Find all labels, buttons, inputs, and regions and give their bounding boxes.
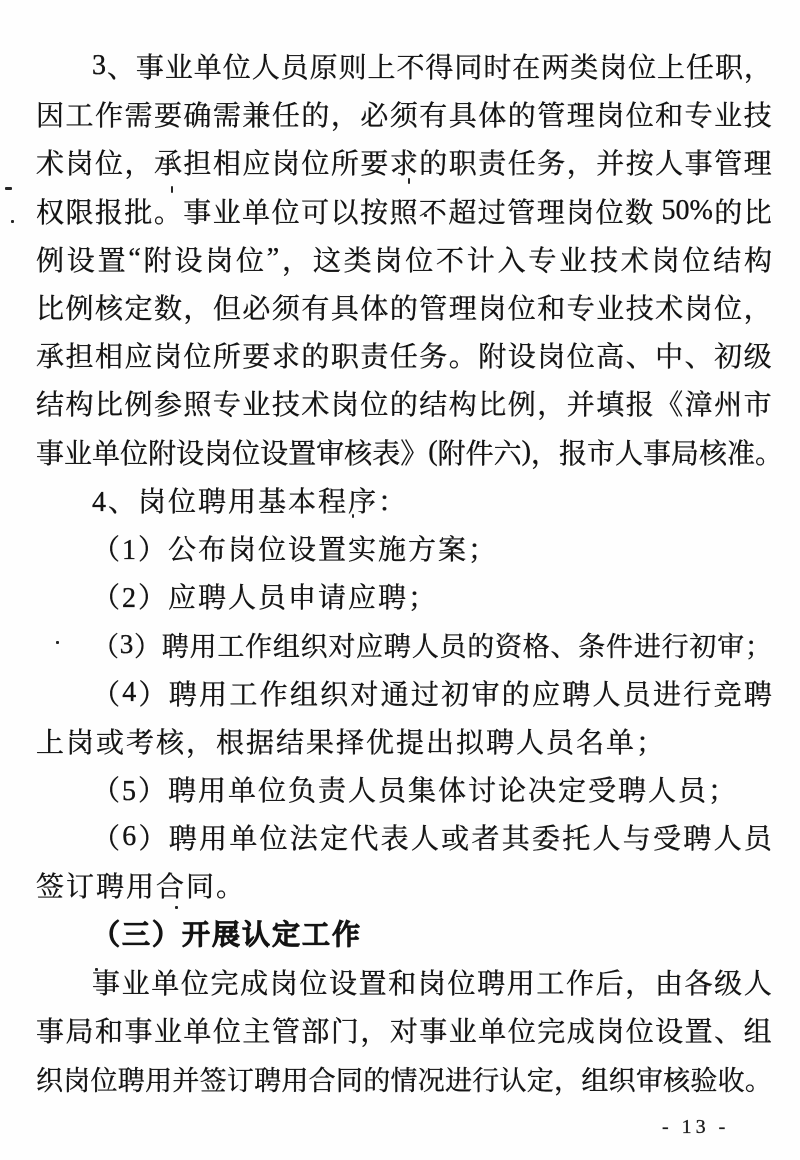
text-line: 比例核定数，但必须有具体的管理岗位和专业技术岗位，	[36, 283, 772, 331]
text-line: 权限报批。事业单位可以按照不超过管理岗位数 50%的比	[36, 187, 772, 235]
scanned-document-page: 3、事业单位人员原则上不得同时在两类岗位上任职，因工作需要确需兼任的，必须有具体…	[0, 0, 800, 1160]
text-line: （2）应聘人员申请应聘；	[36, 572, 772, 620]
scan-speck	[408, 178, 410, 184]
text-line: 承担相应岗位所要求的职责任务。附设岗位高、中、初级	[36, 331, 772, 379]
text-line: 4、岗位聘用基本程序：	[36, 476, 772, 524]
scan-speck	[424, 214, 427, 217]
scan-speck	[352, 514, 354, 518]
text-line: 事局和事业单位主管部门，对事业单位完成岗位设置、组	[36, 1006, 772, 1054]
text-line: （1）公布岗位设置实施方案；	[36, 524, 772, 572]
scan-speck	[11, 220, 14, 223]
scan-speck	[171, 186, 173, 193]
text-line: 例设置“附设岗位”，这类岗位不计入专业技术岗位结构	[36, 235, 772, 283]
text-line: （5）聘用单位负责人员集体讨论决定受聘人员；	[36, 765, 772, 813]
text-line: 因工作需要确需兼任的，必须有具体的管理岗位和专业技	[36, 90, 772, 138]
text-line: （4）聘用工作组织对通过初审的应聘人员进行竞聘	[36, 668, 772, 716]
text-line: 3、事业单位人员原则上不得同时在两类岗位上任职，	[36, 42, 772, 90]
scan-speck	[56, 641, 59, 644]
scan-speck	[5, 187, 12, 190]
text-line: （3）聘用工作组织对应聘人员的资格、条件进行初审；	[36, 620, 772, 668]
document-lines: 3、事业单位人员原则上不得同时在两类岗位上任职，因工作需要确需兼任的，必须有具体…	[36, 42, 772, 1102]
text-line: （三）开展认定工作	[36, 909, 772, 957]
text-line: 织岗位聘用并签订聘用合同的情况进行认定，组织审核验收。	[36, 1054, 772, 1102]
scan-speck	[95, 968, 98, 971]
text-line: 术岗位，承担相应岗位所要求的职责任务，并按人事管理	[36, 138, 772, 186]
text-line: 签订聘用合同。	[36, 861, 772, 909]
text-line: 上岗或考核，根据结果择优提出拟聘人员名单；	[36, 717, 772, 765]
text-line: 结构比例参照专业技术岗位的结构比例，并填报《漳州市	[36, 379, 772, 427]
page-number: - 13 -	[662, 1116, 729, 1139]
text-line: （6）聘用单位法定代表人或者其委托人与受聘人员	[36, 813, 772, 861]
text-line: 事业单位完成岗位设置和岗位聘用工作后，由各级人	[36, 958, 772, 1006]
scan-speck	[175, 906, 178, 909]
text-line: 事业单位附设岗位设置审核表》(附件六)，报市人事局核准。	[36, 428, 772, 476]
